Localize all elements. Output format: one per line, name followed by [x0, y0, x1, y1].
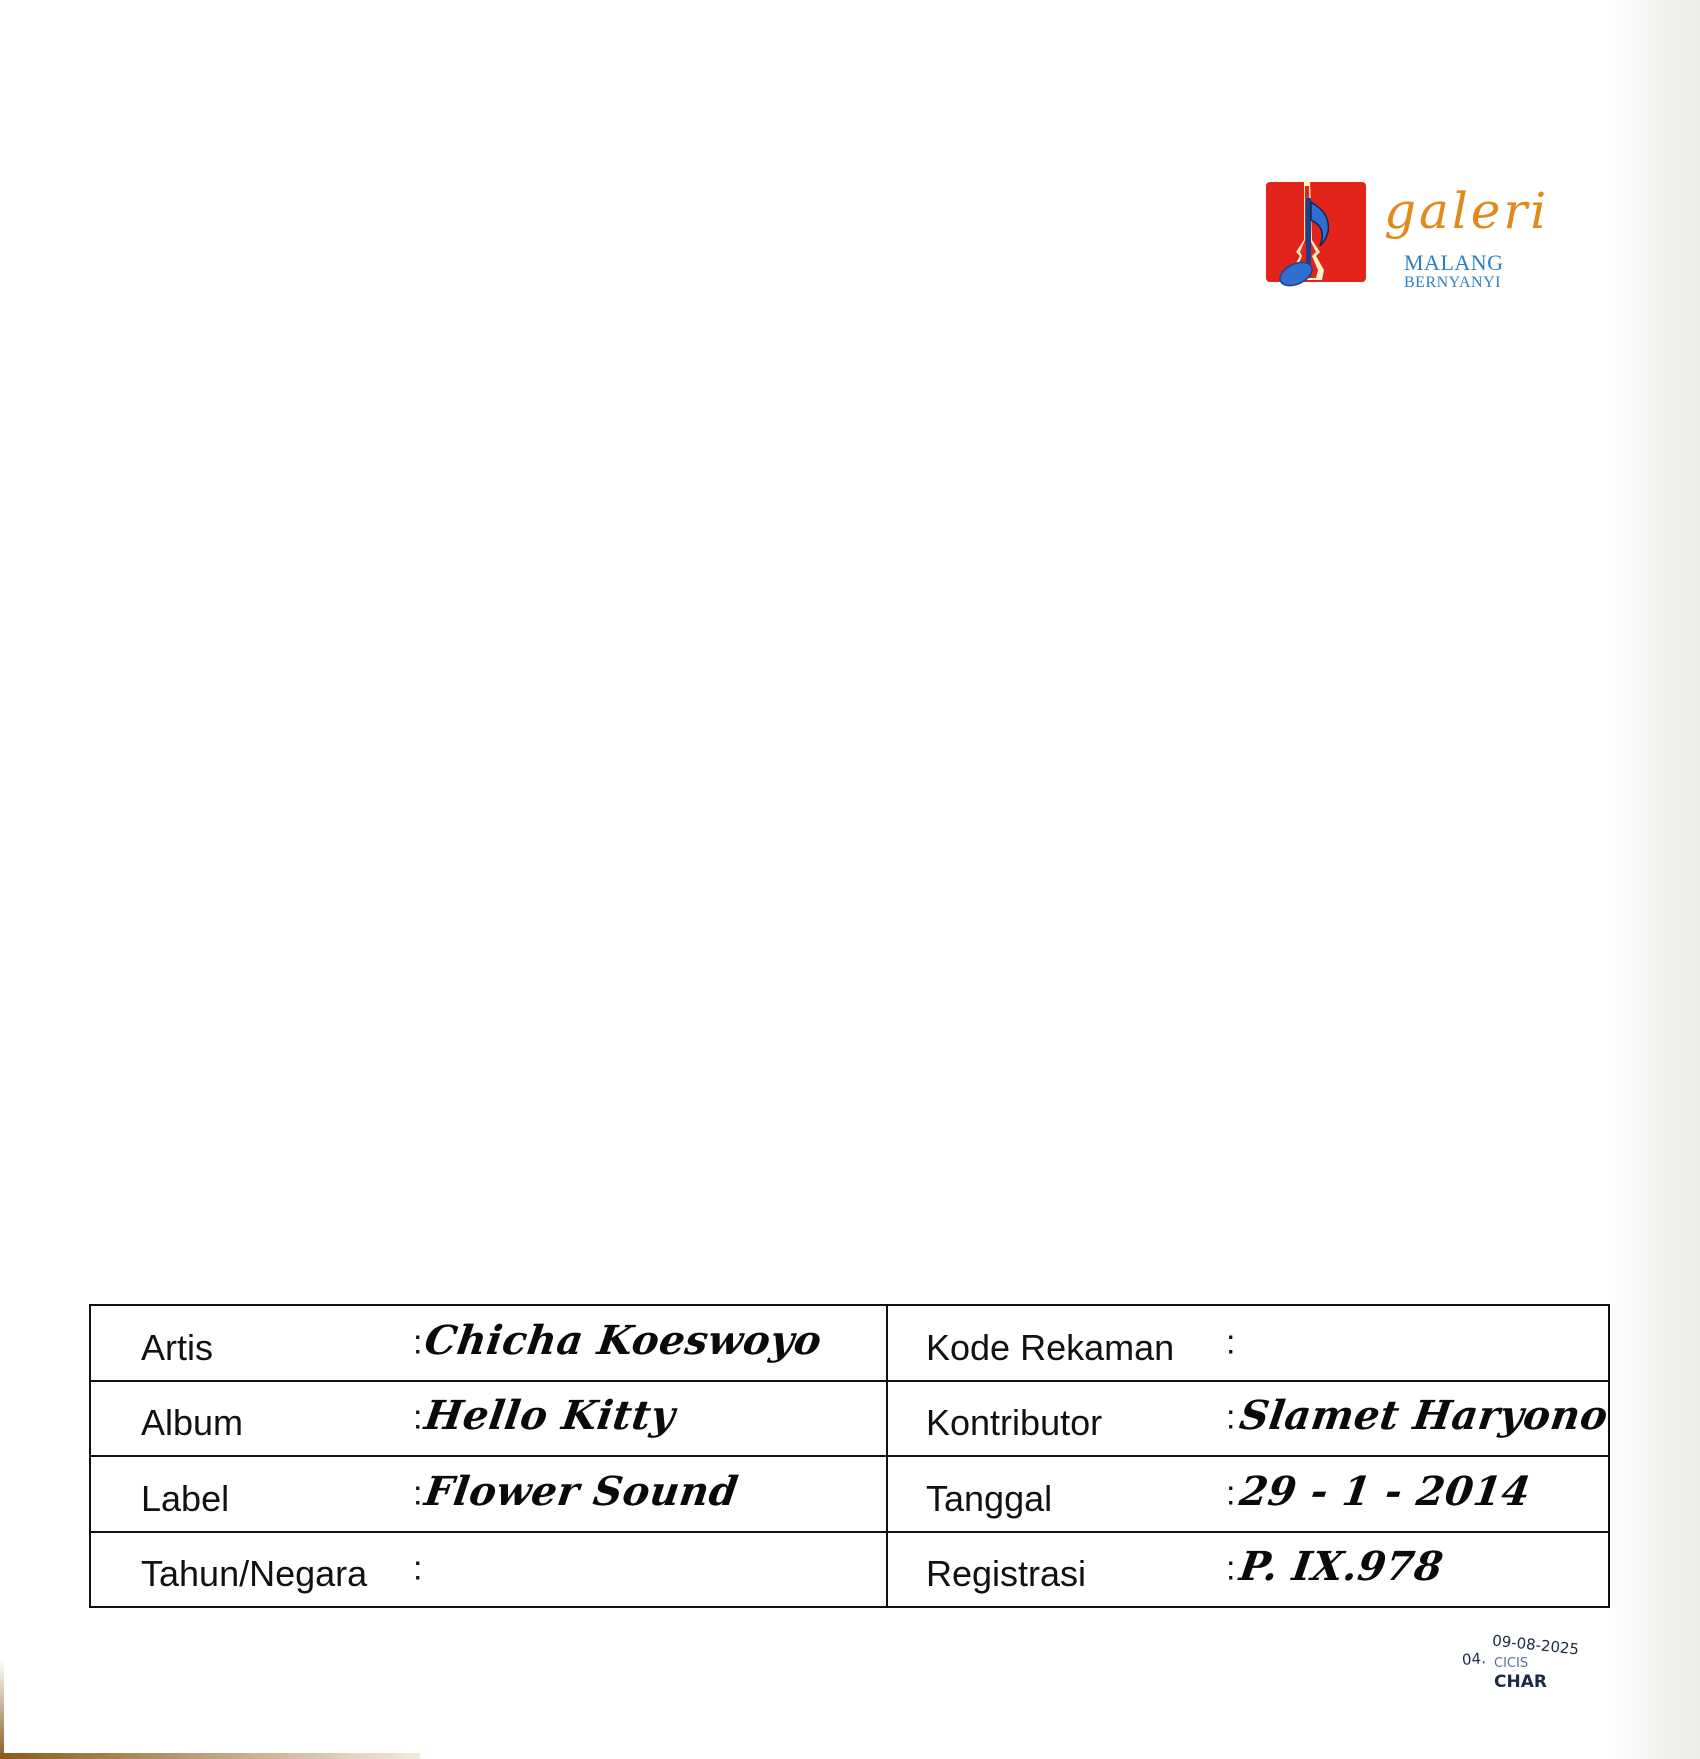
- field-label: Kode Rekaman: [926, 1327, 1174, 1369]
- row-tanggal: Tanggal : 29 - 1 - 2014: [888, 1457, 1608, 1533]
- row-registrasi: Registrasi : P. IX.978: [888, 1533, 1608, 1607]
- logo-subtitle-tagline: BERNYANYI: [1404, 275, 1501, 291]
- galeri-malang-bernyanyi-logo: galeri MALANG BERNYANYI: [1264, 180, 1554, 300]
- field-value-registrasi: P. IX.978: [1237, 1543, 1447, 1590]
- field-separator: :: [1226, 1399, 1235, 1438]
- field-label: Label: [141, 1478, 229, 1520]
- archive-date: 09-08-2025: [1491, 1631, 1580, 1658]
- row-label: Label : Flower Sound: [91, 1457, 886, 1533]
- field-value-tanggal: 29 - 1 - 2014: [1237, 1468, 1534, 1515]
- field-separator: :: [1226, 1474, 1235, 1513]
- metadata-left-column: Artis : Chicha Koeswoyo Album : Hello Ki…: [91, 1306, 888, 1606]
- handwritten-archive-note: 09-08-2025 04. CICIS CHAR: [1462, 1636, 1602, 1704]
- field-value-album: Hello Kitty: [422, 1392, 679, 1439]
- field-label: Registrasi: [926, 1553, 1086, 1595]
- row-kode-rekaman: Kode Rekaman :: [888, 1306, 1608, 1382]
- page-edge-left: [0, 1660, 4, 1759]
- metadata-right-column: Kode Rekaman : Kontributor : Slamet Hary…: [888, 1306, 1608, 1606]
- logo-subtitle-city: MALANG: [1404, 252, 1504, 274]
- field-label: Kontributor: [926, 1402, 1102, 1444]
- row-artis: Artis : Chicha Koeswoyo: [91, 1306, 886, 1382]
- archive-initials-line2: CHAR: [1494, 1672, 1547, 1692]
- field-separator: :: [1226, 1550, 1235, 1589]
- row-tahun-negara: Tahun/Negara :: [91, 1533, 886, 1607]
- archive-initials-line1: CICIS: [1494, 1656, 1528, 1671]
- page-edge-shadow: [1610, 0, 1700, 1759]
- logo-wordmark: galeri: [1384, 186, 1549, 236]
- archive-prefix: 04.: [1461, 1649, 1486, 1669]
- field-label: Album: [141, 1402, 243, 1444]
- row-album: Album : Hello Kitty: [91, 1382, 886, 1458]
- field-separator: :: [413, 1550, 422, 1589]
- field-value-label: Flower Sound: [422, 1468, 741, 1515]
- row-kontributor: Kontributor : Slamet Haryono: [888, 1382, 1608, 1458]
- field-value-kontributor: Slamet Haryono: [1237, 1392, 1611, 1439]
- field-separator: :: [413, 1474, 422, 1513]
- page-edge-bottom: [0, 1753, 420, 1759]
- record-metadata-table: Artis : Chicha Koeswoyo Album : Hello Ki…: [89, 1304, 1610, 1608]
- field-label: Tahun/Negara: [141, 1553, 367, 1595]
- field-label: Artis: [141, 1327, 213, 1369]
- music-note-tower-icon: [1264, 180, 1369, 287]
- field-separator: :: [413, 1399, 422, 1438]
- field-separator: :: [413, 1323, 422, 1362]
- field-label: Tanggal: [926, 1478, 1052, 1520]
- field-value-artis: Chicha Koeswoyo: [422, 1317, 825, 1364]
- field-separator: :: [1226, 1323, 1235, 1362]
